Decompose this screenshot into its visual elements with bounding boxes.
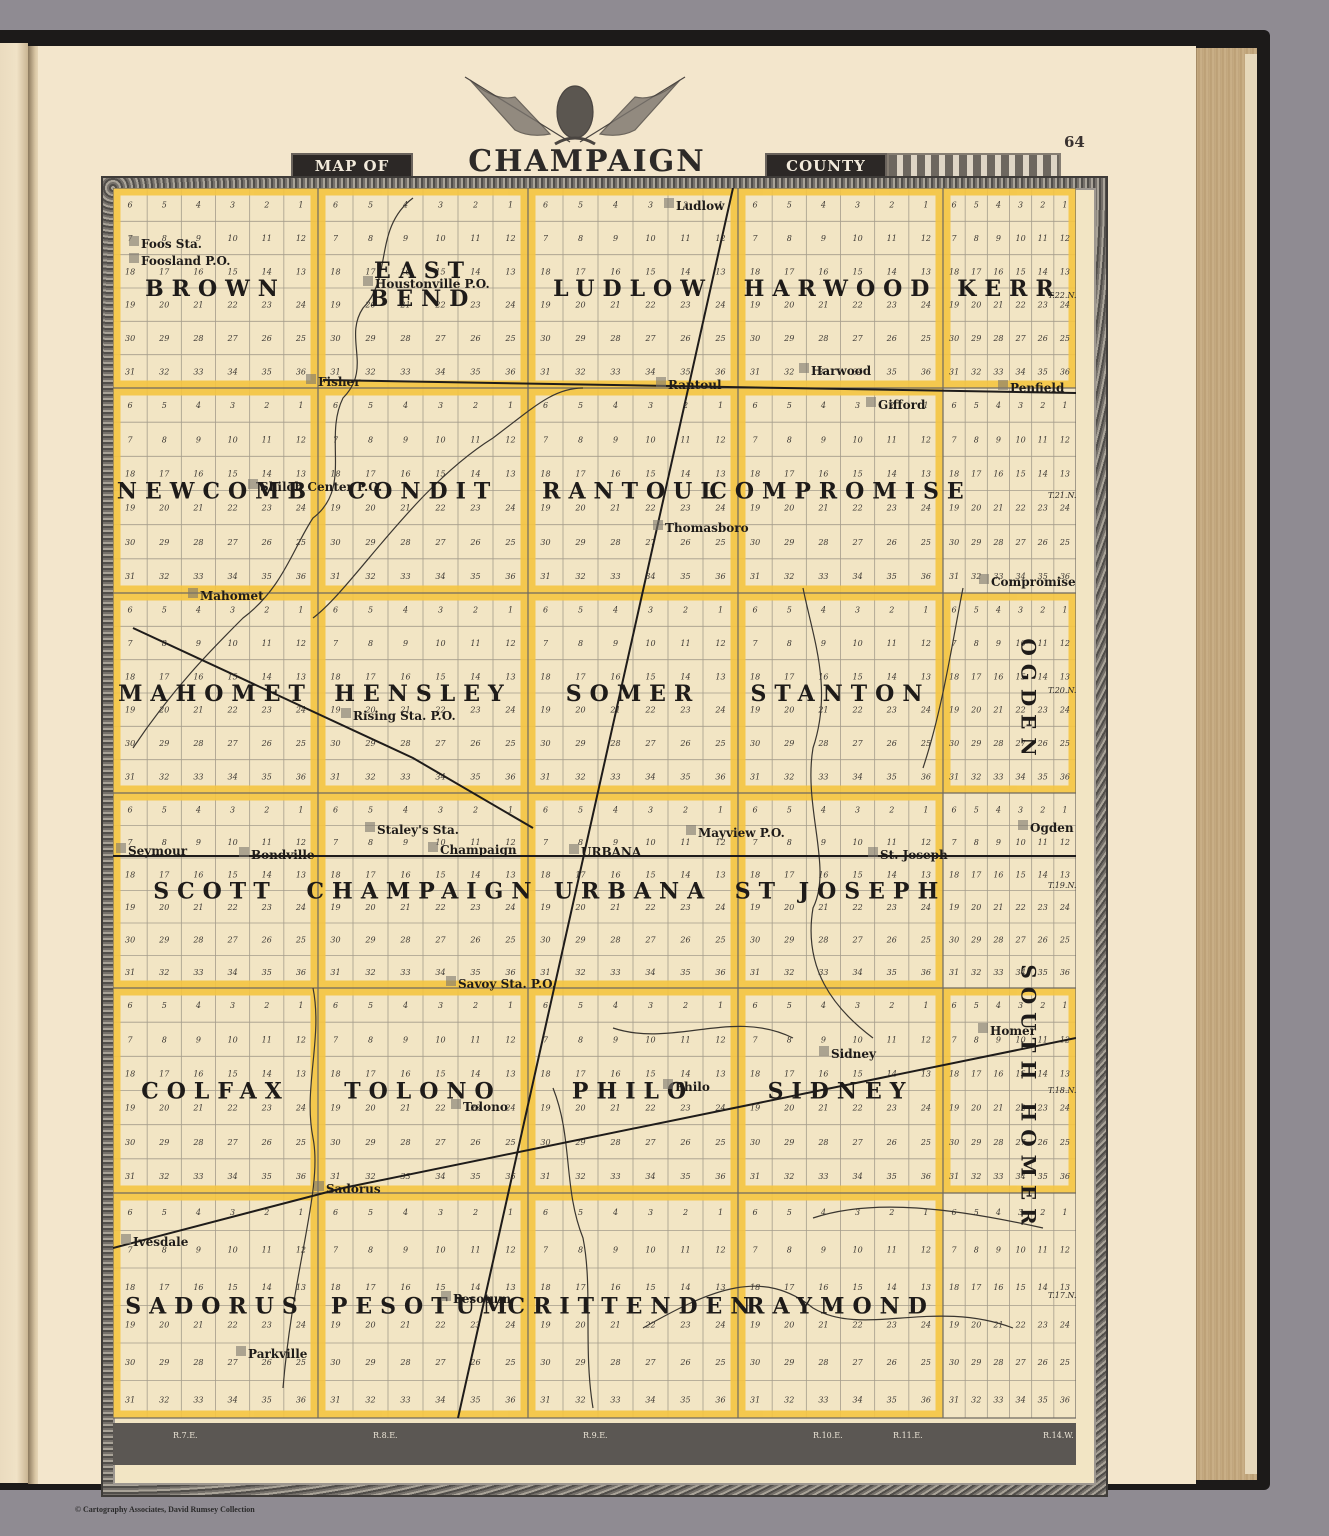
svg-text:5: 5 [787,201,792,210]
svg-text:22: 22 [644,504,655,513]
svg-text:28: 28 [817,538,828,547]
svg-text:7: 7 [952,1035,958,1044]
svg-text:31: 31 [750,968,760,977]
svg-text:16: 16 [993,1069,1003,1078]
svg-text:11: 11 [262,1245,272,1254]
svg-text:18: 18 [125,672,135,681]
svg-text:33: 33 [610,968,620,977]
svg-text:15: 15 [227,267,237,276]
svg-text:27: 27 [851,538,863,547]
svg-text:18: 18 [949,469,959,478]
svg-text:5: 5 [368,805,373,814]
svg-text:13: 13 [715,870,725,879]
svg-text:3: 3 [648,1208,653,1217]
svg-text:19: 19 [330,301,340,310]
svg-text:10: 10 [435,639,445,648]
svg-text:HENSLEY: HENSLEY [334,681,512,707]
svg-text:1: 1 [508,401,513,410]
svg-text:11: 11 [1038,838,1048,847]
svg-text:11: 11 [887,639,897,648]
svg-text:19: 19 [949,706,959,715]
svg-text:8: 8 [787,234,792,243]
svg-text:2: 2 [472,1208,478,1217]
svg-text:COLFAX: COLFAX [141,1079,290,1105]
svg-text:10: 10 [645,435,655,444]
svg-text:1: 1 [1062,1208,1067,1217]
svg-text:16: 16 [400,672,410,681]
svg-text:3: 3 [1018,606,1023,615]
svg-text:29: 29 [364,935,375,944]
svg-text:18: 18 [330,672,340,681]
svg-text:27: 27 [1014,538,1026,547]
svg-text:26: 26 [1037,334,1048,343]
svg-text:Fisher: Fisher [318,375,361,389]
svg-text:34: 34 [227,572,237,581]
svg-text:16: 16 [400,1069,410,1078]
svg-text:9: 9 [613,435,618,444]
svg-text:27: 27 [851,334,863,343]
svg-text:18: 18 [330,267,340,276]
svg-text:21: 21 [817,301,828,310]
svg-text:11: 11 [262,435,272,444]
svg-text:11: 11 [1038,234,1048,243]
svg-text:2: 2 [263,606,269,615]
svg-text:3: 3 [230,201,235,210]
svg-text:8: 8 [368,1245,373,1254]
svg-text:24: 24 [1059,1104,1070,1113]
svg-text:9: 9 [196,639,201,648]
svg-text:8: 8 [578,1035,583,1044]
svg-text:1: 1 [718,606,723,615]
svg-text:31: 31 [750,367,760,376]
svg-text:11: 11 [1038,1245,1048,1254]
svg-text:3: 3 [648,606,653,615]
svg-text:5: 5 [974,606,979,615]
svg-text:13: 13 [505,469,515,478]
svg-text:13: 13 [296,267,306,276]
svg-text:29: 29 [574,935,585,944]
svg-text:27: 27 [434,334,446,343]
svg-text:22: 22 [226,1320,237,1329]
svg-text:10: 10 [1015,838,1025,847]
svg-text:32: 32 [365,367,375,376]
svg-text:36: 36 [715,572,725,581]
svg-text:LUDLOW: LUDLOW [553,276,713,302]
svg-text:24: 24 [295,903,306,912]
svg-text:5: 5 [368,606,373,615]
svg-text:23: 23 [469,706,480,715]
svg-text:4: 4 [995,1001,1001,1010]
svg-text:34: 34 [852,772,862,781]
svg-text:24: 24 [504,1320,515,1329]
svg-text:5: 5 [787,606,792,615]
svg-text:36: 36 [921,367,931,376]
svg-text:12: 12 [921,1035,931,1044]
svg-text:4: 4 [995,606,1001,615]
svg-text:31: 31 [540,1172,550,1181]
svg-text:12: 12 [296,838,306,847]
svg-text:19: 19 [125,903,135,912]
svg-text:2: 2 [263,805,269,814]
svg-text:29: 29 [364,1358,375,1367]
svg-text:30: 30 [540,935,550,944]
svg-text:20: 20 [158,1104,169,1113]
svg-text:35: 35 [470,968,480,977]
svg-text:19: 19 [540,706,550,715]
svg-text:28: 28 [817,1138,828,1147]
svg-text:Compromise P.O.: Compromise P.O. [991,575,1076,589]
svg-text:SOMER: SOMER [566,681,700,707]
svg-text:4: 4 [612,1001,618,1010]
svg-text:35: 35 [1038,367,1048,376]
svg-text:30: 30 [540,1358,550,1367]
svg-text:23: 23 [469,504,480,513]
svg-text:20: 20 [364,504,375,513]
svg-text:25: 25 [1059,334,1070,343]
svg-text:27: 27 [644,935,656,944]
svg-text:17: 17 [784,1283,795,1292]
svg-text:11: 11 [262,234,272,243]
svg-text:4: 4 [995,805,1001,814]
svg-text:33: 33 [818,1172,828,1181]
svg-text:19: 19 [125,1320,135,1329]
svg-text:24: 24 [295,1320,306,1329]
svg-text:29: 29 [970,935,981,944]
svg-text:32: 32 [159,367,169,376]
svg-text:21: 21 [817,504,828,513]
svg-text:23: 23 [886,301,897,310]
svg-text:27: 27 [851,1358,863,1367]
svg-text:24: 24 [1059,301,1070,310]
svg-text:2: 2 [472,606,478,615]
svg-text:6: 6 [128,1001,133,1010]
svg-text:4: 4 [195,1208,201,1217]
svg-text:27: 27 [226,739,238,748]
svg-text:1: 1 [298,201,303,210]
svg-text:30: 30 [540,334,550,343]
svg-text:17: 17 [365,1283,376,1292]
svg-text:13: 13 [715,267,725,276]
svg-text:15: 15 [645,1283,655,1292]
svg-text:16: 16 [610,469,620,478]
svg-text:13: 13 [1060,672,1070,681]
svg-text:5: 5 [787,1208,792,1217]
svg-text:4: 4 [820,606,826,615]
svg-text:13: 13 [1060,267,1070,276]
svg-text:26: 26 [679,1358,690,1367]
svg-text:25: 25 [504,739,515,748]
svg-text:28: 28 [609,935,620,944]
svg-text:19: 19 [125,504,135,513]
svg-text:9: 9 [403,838,408,847]
svg-text:3: 3 [438,1208,443,1217]
svg-text:21: 21 [609,1104,620,1113]
svg-text:26: 26 [1037,538,1048,547]
svg-text:1: 1 [718,805,723,814]
svg-text:34: 34 [852,1395,862,1404]
svg-text:16: 16 [400,469,410,478]
svg-text:33: 33 [400,572,410,581]
svg-text:5: 5 [162,1001,167,1010]
svg-text:31: 31 [540,968,550,977]
svg-text:3: 3 [855,201,860,210]
svg-text:5: 5 [368,1001,373,1010]
svg-text:33: 33 [818,1395,828,1404]
svg-text:20: 20 [970,301,981,310]
svg-text:16: 16 [818,1069,828,1078]
svg-text:T.22.N.: T.22.N. [1048,291,1076,300]
svg-text:12: 12 [715,435,725,444]
svg-text:23: 23 [261,706,272,715]
svg-text:5: 5 [162,805,167,814]
svg-text:13: 13 [296,469,306,478]
svg-text:22: 22 [434,1320,445,1329]
svg-text:17: 17 [159,1069,170,1078]
svg-text:32: 32 [784,367,794,376]
svg-text:36: 36 [715,968,725,977]
svg-text:6: 6 [543,1208,548,1217]
svg-text:11: 11 [680,234,690,243]
svg-text:17: 17 [784,672,795,681]
svg-text:19: 19 [540,1104,550,1113]
svg-text:19: 19 [330,706,340,715]
svg-text:17: 17 [575,469,586,478]
svg-text:36: 36 [921,772,931,781]
svg-text:12: 12 [505,234,515,243]
svg-text:2: 2 [682,606,688,615]
svg-text:17: 17 [784,469,795,478]
svg-text:Tolono: Tolono [463,1100,508,1114]
svg-text:17: 17 [159,1283,170,1292]
svg-text:28: 28 [399,1138,410,1147]
svg-text:6: 6 [333,805,338,814]
svg-text:8: 8 [974,1245,979,1254]
svg-text:32: 32 [575,1172,585,1181]
svg-text:13: 13 [921,267,931,276]
svg-text:31: 31 [125,1172,135,1181]
svg-text:28: 28 [609,538,620,547]
svg-text:1: 1 [923,606,928,615]
svg-text:28: 28 [192,334,203,343]
svg-text:22: 22 [851,706,862,715]
svg-text:9: 9 [821,838,826,847]
svg-text:13: 13 [296,1069,306,1078]
svg-text:13: 13 [505,1069,515,1078]
svg-text:12: 12 [1060,1245,1070,1254]
svg-text:23: 23 [261,1104,272,1113]
svg-text:3: 3 [855,606,860,615]
svg-text:13: 13 [715,469,725,478]
svg-text:15: 15 [645,469,655,478]
svg-text:30: 30 [125,1138,135,1147]
svg-text:32: 32 [971,1395,981,1404]
svg-text:Savoy Sta. P.O.: Savoy Sta. P.O. [458,977,556,991]
svg-text:11: 11 [680,639,690,648]
svg-text:29: 29 [364,334,375,343]
svg-text:2: 2 [472,805,478,814]
svg-text:30: 30 [949,935,959,944]
svg-text:9: 9 [996,639,1001,648]
svg-text:3: 3 [230,401,235,410]
svg-text:19: 19 [949,903,959,912]
svg-text:10: 10 [227,435,237,444]
svg-text:12: 12 [296,234,306,243]
svg-text:3: 3 [438,201,443,210]
svg-text:30: 30 [750,935,760,944]
svg-text:32: 32 [365,1172,375,1181]
svg-text:11: 11 [470,1035,480,1044]
svg-text:32: 32 [575,572,585,581]
svg-text:16: 16 [818,469,828,478]
svg-text:9: 9 [196,838,201,847]
svg-text:25: 25 [504,1358,515,1367]
svg-text:25: 25 [1059,1138,1070,1147]
svg-text:30: 30 [750,739,760,748]
svg-text:15: 15 [645,267,655,276]
svg-text:3: 3 [230,1001,235,1010]
svg-text:2: 2 [682,805,688,814]
svg-text:17: 17 [971,672,982,681]
svg-text:23: 23 [679,706,690,715]
svg-text:35: 35 [680,367,690,376]
svg-text:14: 14 [680,1069,690,1078]
svg-text:35: 35 [680,968,690,977]
county-map: 6543217891011121817161514131920212223243… [113,188,1076,1465]
svg-text:17: 17 [575,1069,586,1078]
svg-text:10: 10 [435,1035,445,1044]
svg-text:35: 35 [1038,772,1048,781]
svg-text:26: 26 [886,538,897,547]
svg-text:33: 33 [400,968,410,977]
svg-text:3: 3 [648,201,653,210]
svg-text:9: 9 [821,435,826,444]
svg-text:22: 22 [644,301,655,310]
svg-text:Houstonville P.O.: Houstonville P.O. [375,277,490,291]
svg-text:12: 12 [296,1035,306,1044]
svg-text:6: 6 [333,401,338,410]
svg-text:19: 19 [540,1320,550,1329]
svg-text:8: 8 [368,435,373,444]
svg-text:9: 9 [613,639,618,648]
svg-text:26: 26 [469,935,480,944]
svg-text:17: 17 [575,267,586,276]
svg-text:3: 3 [438,1001,443,1010]
svg-text:33: 33 [993,367,1003,376]
svg-text:29: 29 [158,1358,169,1367]
svg-text:11: 11 [470,234,480,243]
svg-text:26: 26 [886,739,897,748]
svg-text:21: 21 [609,301,620,310]
svg-text:21: 21 [992,1104,1003,1113]
svg-text:10: 10 [227,639,237,648]
svg-text:26: 26 [679,739,690,748]
svg-text:15: 15 [1015,469,1025,478]
svg-text:12: 12 [921,1245,931,1254]
svg-text:35: 35 [470,1172,480,1181]
svg-text:6: 6 [543,201,548,210]
svg-text:3: 3 [855,1001,860,1010]
svg-text:Rantoul: Rantoul [668,378,722,392]
svg-text:11: 11 [680,838,690,847]
svg-text:35: 35 [470,572,480,581]
svg-text:26: 26 [261,538,272,547]
svg-text:14: 14 [1038,1283,1048,1292]
svg-text:31: 31 [540,1395,550,1404]
svg-text:25: 25 [714,935,725,944]
svg-text:1: 1 [718,1208,723,1217]
svg-text:36: 36 [1060,772,1070,781]
svg-text:32: 32 [159,772,169,781]
svg-text:13: 13 [921,1069,931,1078]
svg-text:3: 3 [855,401,860,410]
svg-text:15: 15 [227,469,237,478]
svg-text:R.7.E.: R.7.E. [173,1431,198,1440]
svg-text:33: 33 [193,968,203,977]
svg-text:36: 36 [505,367,515,376]
svg-text:14: 14 [680,672,690,681]
svg-text:7: 7 [128,639,134,648]
svg-text:22: 22 [434,1104,445,1113]
svg-text:31: 31 [330,1172,340,1181]
svg-text:12: 12 [715,1035,725,1044]
svg-text:21: 21 [992,903,1003,912]
svg-text:16: 16 [993,1283,1003,1292]
svg-text:28: 28 [399,739,410,748]
svg-text:25: 25 [295,739,306,748]
svg-text:10: 10 [227,838,237,847]
svg-text:2: 2 [888,201,894,210]
svg-text:11: 11 [262,838,272,847]
svg-text:35: 35 [262,968,272,977]
svg-text:22: 22 [226,1104,237,1113]
svg-text:18: 18 [949,870,959,879]
svg-text:26: 26 [261,935,272,944]
svg-text:17: 17 [575,1283,586,1292]
svg-text:5: 5 [368,1208,373,1217]
svg-text:11: 11 [680,435,690,444]
svg-text:15: 15 [435,1069,445,1078]
svg-text:Sidney: Sidney [831,1047,877,1061]
svg-text:23: 23 [886,1104,897,1113]
svg-text:STANTON: STANTON [751,681,931,707]
svg-text:22: 22 [644,1104,655,1113]
title-ornament [887,153,1061,179]
svg-text:1: 1 [923,201,928,210]
svg-text:6: 6 [753,805,758,814]
svg-text:URBANA: URBANA [581,845,642,859]
svg-text:1: 1 [1062,805,1067,814]
svg-text:20: 20 [574,1104,585,1113]
svg-text:22: 22 [851,1320,862,1329]
svg-text:15: 15 [435,1283,445,1292]
svg-text:34: 34 [645,1395,655,1404]
svg-text:T.17.N.: T.17.N. [1048,1291,1076,1300]
svg-text:3: 3 [648,1001,653,1010]
svg-text:30: 30 [750,1138,760,1147]
svg-text:20: 20 [574,1320,585,1329]
svg-text:32: 32 [159,1395,169,1404]
svg-text:Sadorus: Sadorus [326,1182,381,1196]
svg-text:21: 21 [817,706,828,715]
svg-text:12: 12 [715,639,725,648]
svg-text:4: 4 [195,1001,201,1010]
svg-text:21: 21 [192,504,203,513]
svg-text:26: 26 [679,538,690,547]
svg-text:15: 15 [1015,870,1025,879]
svg-text:22: 22 [851,1104,862,1113]
svg-text:3: 3 [648,401,653,410]
svg-text:1: 1 [923,805,928,814]
